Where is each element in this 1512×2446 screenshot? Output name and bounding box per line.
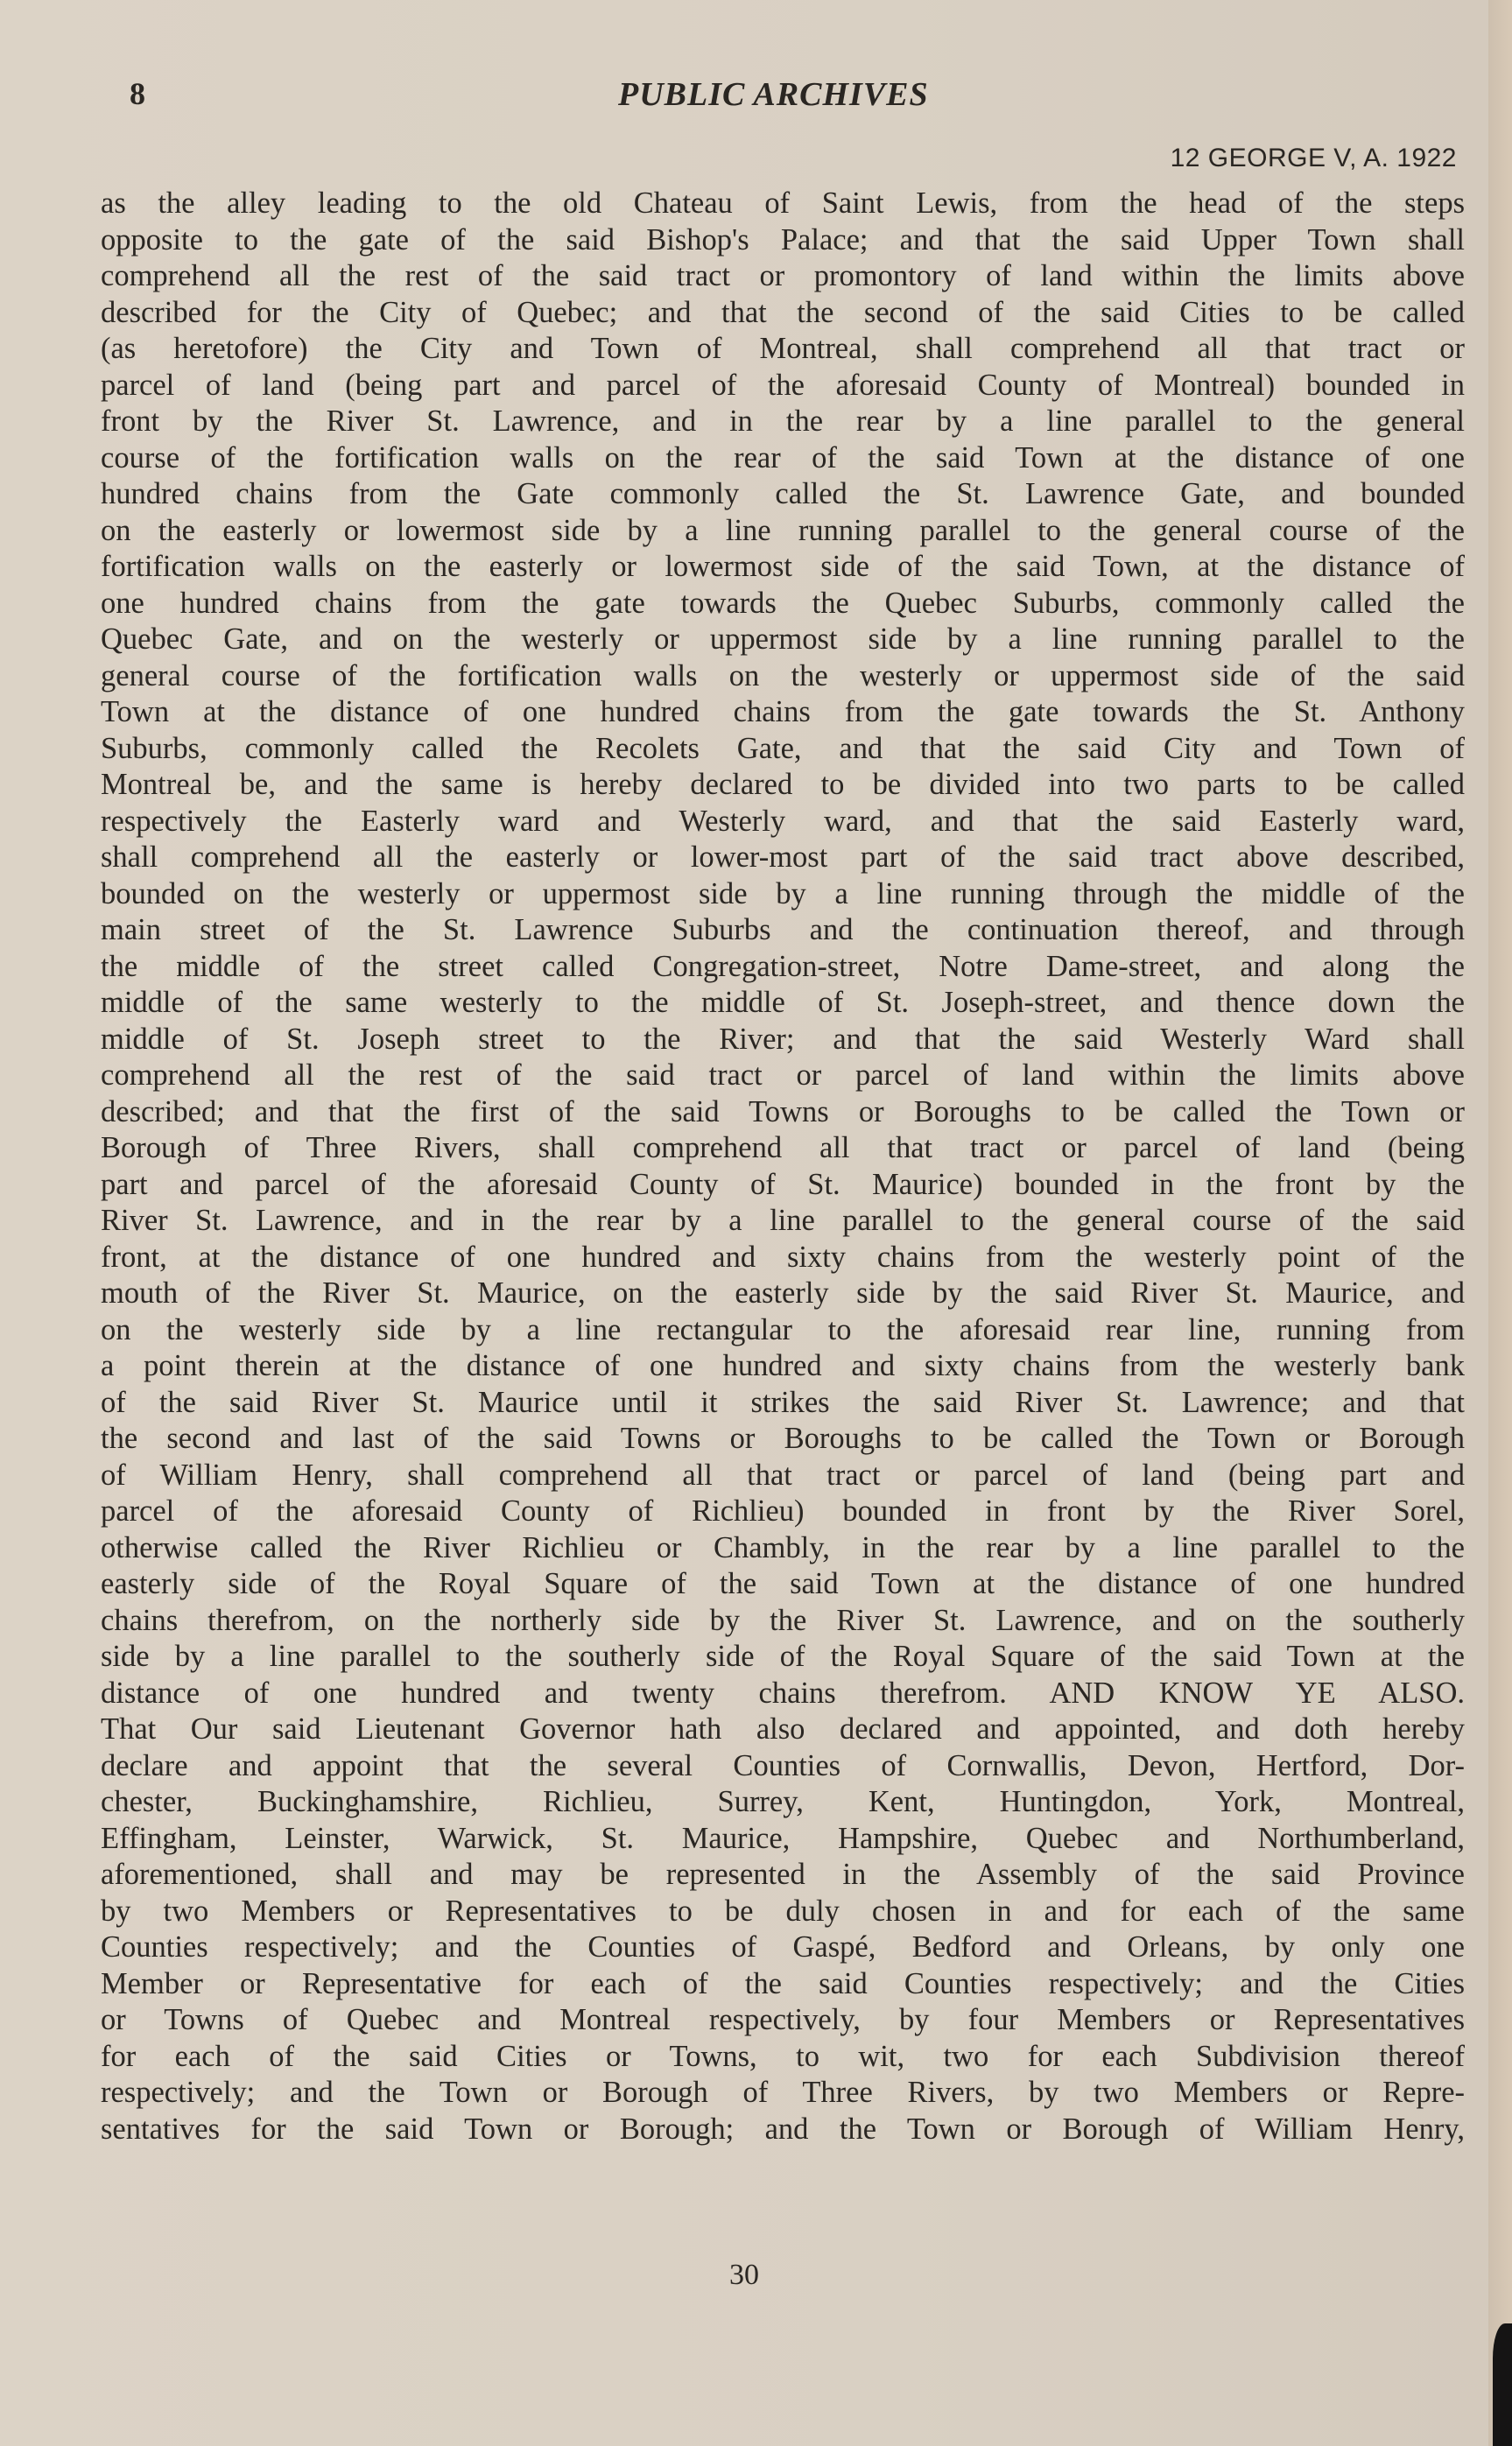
text-line: declare and appoint that the several Cou… xyxy=(101,1748,1465,1785)
text-line: River St. Lawrence, and in the rear by a… xyxy=(101,1203,1465,1240)
page-edge xyxy=(1488,0,1512,2446)
text-line: as the alley leading to the old Chateau … xyxy=(101,186,1465,222)
text-line: Quebec Gate, and on the westerly or uppe… xyxy=(101,622,1465,658)
text-line: middle of the same westerly to the middl… xyxy=(101,985,1465,1022)
text-line: front by the River St. Lawrence, and in … xyxy=(101,404,1465,440)
text-line: part and parcel of the aforesaid County … xyxy=(101,1167,1465,1204)
text-line: Member or Representative for each of the… xyxy=(101,1966,1465,2003)
edition-label: 12 GEORGE V, A. 1922 xyxy=(1171,144,1457,173)
text-line: on the westerly side by a line rectangul… xyxy=(101,1312,1465,1349)
text-line: easterly side of the Royal Square of the… xyxy=(101,1566,1465,1603)
text-line: on the easterly or lowermost side by a l… xyxy=(101,513,1465,550)
text-line: opposite to the gate of the said Bishop'… xyxy=(101,222,1465,259)
page-header: 8 PUBLIC ARCHIVES xyxy=(130,75,1488,128)
text-line: respectively the Easterly ward and Weste… xyxy=(101,804,1465,840)
text-line: of William Henry, shall comprehend all t… xyxy=(101,1458,1465,1494)
text-line: for each of the said Cities or Towns, to… xyxy=(101,2039,1465,2076)
text-line: comprehend all the rest of the said trac… xyxy=(101,1058,1465,1094)
text-line: bounded on the westerly or uppermost sid… xyxy=(101,876,1465,913)
text-line: chester, Buckinghamshire, Richlieu, Surr… xyxy=(101,1784,1465,1821)
text-line: described; and that the first of the sai… xyxy=(101,1094,1465,1131)
text-line: described for the City of Quebec; and th… xyxy=(101,295,1465,332)
text-line: aforementioned, shall and may be represe… xyxy=(101,1857,1465,1894)
text-line: (as heretofore) the City and Town of Mon… xyxy=(101,331,1465,368)
text-line: by two Members or Representatives to be … xyxy=(101,1894,1465,1930)
text-line: or Towns of Quebec and Montreal respecti… xyxy=(101,2002,1465,2039)
text-line: otherwise called the River Richlieu or C… xyxy=(101,1530,1465,1567)
text-line: general course of the fortification wall… xyxy=(101,658,1465,695)
text-line: side by a line parallel to the southerly… xyxy=(101,1639,1465,1676)
text-line: front, at the distance of one hundred an… xyxy=(101,1240,1465,1276)
text-line: distance of one hundred and twenty chain… xyxy=(101,1676,1465,1712)
text-line: one hundred chains from the gate towards… xyxy=(101,586,1465,622)
page-number: 8 xyxy=(130,75,145,112)
text-line: hundred chains from the Gate commonly ca… xyxy=(101,476,1465,513)
text-line: of the said River St. Maurice until it s… xyxy=(101,1385,1465,1422)
text-line: the middle of the street called Congrega… xyxy=(101,949,1465,986)
text-line: respectively; and the Town or Borough of… xyxy=(101,2075,1465,2112)
text-line: That Our said Lieutenant Governor hath a… xyxy=(101,1711,1465,1748)
text-line: Effingham, Leinster, Warwick, St. Mauric… xyxy=(101,1821,1465,1858)
text-line: main street of the St. Lawrence Suburbs … xyxy=(101,912,1465,949)
text-line: middle of St. Joseph street to the River… xyxy=(101,1022,1465,1058)
text-line: parcel of the aforesaid County of Richli… xyxy=(101,1494,1465,1530)
text-line: Counties respectively; and the Counties … xyxy=(101,1929,1465,1966)
text-line: Borough of Three Rivers, shall comprehen… xyxy=(101,1130,1465,1167)
text-line: sentatives for the said Town or Borough;… xyxy=(101,2112,1465,2148)
text-line: chains therefrom, on the northerly side … xyxy=(101,1603,1465,1640)
folio-number: 30 xyxy=(0,2259,1488,2292)
text-line: Town at the distance of one hundred chai… xyxy=(101,694,1465,731)
text-line: shall comprehend all the easterly or low… xyxy=(101,840,1465,876)
text-line: the second and last of the said Towns or… xyxy=(101,1421,1465,1458)
text-line: Montreal be, and the same is hereby decl… xyxy=(101,767,1465,804)
text-line: fortification walls on the easterly or l… xyxy=(101,549,1465,586)
text-line: parcel of land (being part and parcel of… xyxy=(101,368,1465,404)
text-line: Suburbs, commonly called the Recolets Ga… xyxy=(101,731,1465,768)
text-line: mouth of the River St. Maurice, on the e… xyxy=(101,1276,1465,1312)
text-line: comprehend all the rest of the said trac… xyxy=(101,258,1465,295)
running-title: PUBLIC ARCHIVES xyxy=(618,75,929,114)
body-text: as the alley leading to the old Chateau … xyxy=(101,186,1465,2147)
document-page: 8 PUBLIC ARCHIVES 12 GEORGE V, A. 1922 a… xyxy=(0,0,1488,2446)
book-corner-shadow xyxy=(1493,2323,1512,2446)
text-line: course of the fortification walls on the… xyxy=(101,440,1465,477)
text-line: a point therein at the distance of one h… xyxy=(101,1348,1465,1385)
